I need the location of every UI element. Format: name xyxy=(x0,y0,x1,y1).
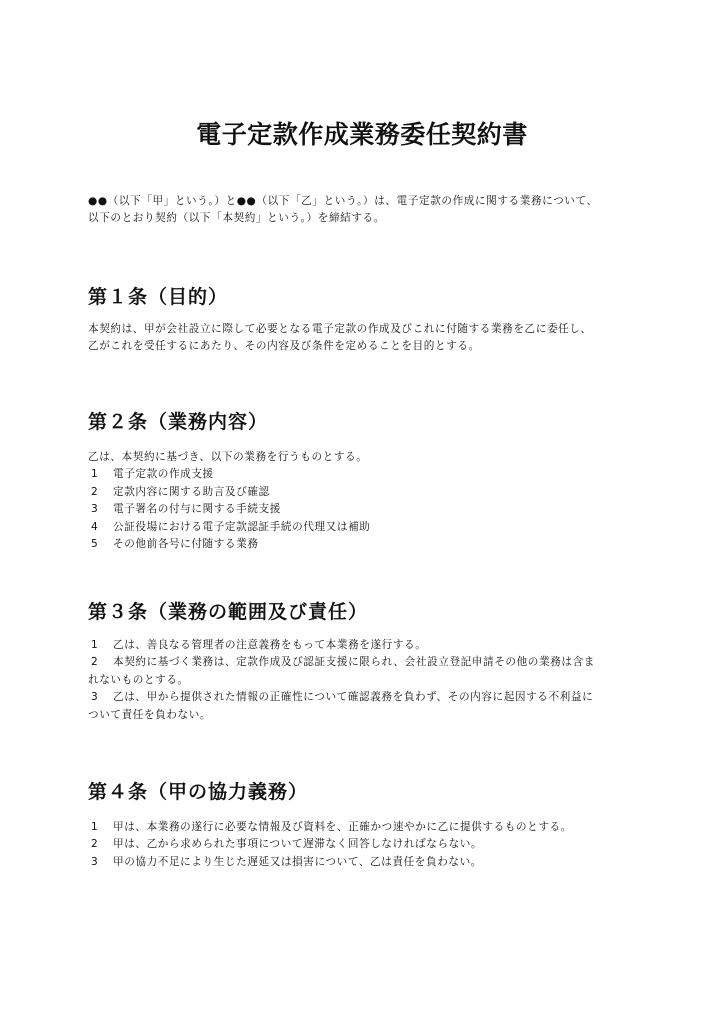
list-item: 2本契約に基づく業務は、定款作成及び認証支援に限られ、会社設立登記申請その他の業… xyxy=(88,654,644,671)
document-title: 電子定款作成業務委任契約書 xyxy=(0,118,724,152)
article-2-body: 乙は、本契約に基づき、以下の業務を行うものとする。 1電子定款の作成支援 2定款… xyxy=(88,449,644,553)
list-item-continuation: ついて責任を負わない。 xyxy=(88,707,644,724)
document-page: 電子定款作成業務委任契約書 ●●（以下「甲」という。）と●●（以下「乙」という。… xyxy=(0,0,724,1024)
line-text: 乙は、本契約に基づき、以下の業務を行うものとする。 xyxy=(88,451,367,463)
article-4-heading: 第４条（甲の協力義務） xyxy=(88,779,308,805)
item-number: 2 xyxy=(88,836,113,853)
list-item: 4公証役場における電子定款認証手続の代理又は補助 xyxy=(88,519,644,536)
item-number: 2 xyxy=(88,484,113,501)
list-item: 5その他前各号に付随する業務 xyxy=(88,536,644,553)
list-item: 1甲は、本業務の遂行に必要な情報及び資料を、正確かつ速やかに乙に提供するものとす… xyxy=(88,819,644,836)
preamble-line: 以下のとおり契約（以下「本契約」という。）を締結する。 xyxy=(88,210,644,227)
article-2-heading: 第２条（業務内容） xyxy=(88,409,268,435)
item-number: 1 xyxy=(88,637,113,654)
item-text: 乙は、善良なる管理者の注意義務をもって本業務を遂行する。 xyxy=(113,639,426,651)
article-4-body: 1甲は、本業務の遂行に必要な情報及び資料を、正確かつ速やかに乙に提供するものとす… xyxy=(88,819,644,871)
item-number: 1 xyxy=(88,466,113,483)
item-number: 3 xyxy=(88,689,113,706)
item-text: れないものとする。 xyxy=(88,674,189,686)
item-text: 電子署名の付与に関する手続支援 xyxy=(113,503,281,515)
item-text: 定款内容に関する助言及び確認 xyxy=(113,486,270,498)
list-item: 3乙は、甲から提供された情報の正確性について確認義務を負わず、その内容に起因する… xyxy=(88,689,644,706)
item-text: 甲の協力不足により生じた遅延又は損害について、乙は責任を負わない。 xyxy=(113,856,482,868)
line-text: 乙がこれを受任するにあたり、その内容及び条件を定めることを目的とする。 xyxy=(88,340,480,352)
item-text: ついて責任を負わない。 xyxy=(88,709,211,721)
article-1-heading: 第１条（目的） xyxy=(88,284,228,310)
item-number: 4 xyxy=(88,519,113,536)
list-item: 2定款内容に関する助言及び確認 xyxy=(88,484,644,501)
article-line: 本契約は、甲が会社設立に際して必要となる電子定款の作成及びこれに付随する業務を乙… xyxy=(88,321,644,338)
item-number: 1 xyxy=(88,819,113,836)
list-item: 2甲は、乙から求められた事項について遅滞なく回答しなければならない。 xyxy=(88,836,644,853)
list-item: 3甲の協力不足により生じた遅延又は損害について、乙は責任を負わない。 xyxy=(88,854,644,871)
article-line: 乙は、本契約に基づき、以下の業務を行うものとする。 xyxy=(88,449,644,466)
item-number: 5 xyxy=(88,536,113,553)
item-text: 甲は、乙から求められた事項について遅滞なく回答しなければならない。 xyxy=(113,838,482,850)
item-text: 本契約に基づく業務は、定款作成及び認証支援に限られ、会社設立登記申請その他の業務… xyxy=(113,656,595,668)
item-text: 公証役場における電子定款認証手続の代理又は補助 xyxy=(113,521,370,533)
article-3-heading: 第３条（業務の範囲及び責任） xyxy=(88,599,368,625)
preamble: ●●（以下「甲」という。）と●●（以下「乙」という。）は、電子定款の作成に関する… xyxy=(88,193,644,228)
list-item: 3電子署名の付与に関する手続支援 xyxy=(88,501,644,518)
article-line: 乙がこれを受任するにあたり、その内容及び条件を定めることを目的とする。 xyxy=(88,338,644,355)
article-1-body: 本契約は、甲が会社設立に際して必要となる電子定款の作成及びこれに付随する業務を乙… xyxy=(88,321,644,356)
item-text: 電子定款の作成支援 xyxy=(113,468,214,480)
item-number: 3 xyxy=(88,854,113,871)
article-3-body: 1乙は、善良なる管理者の注意義務をもって本業務を遂行する。 2本契約に基づく業務… xyxy=(88,637,644,724)
item-number: 3 xyxy=(88,501,113,518)
line-text: 本契約は、甲が会社設立に際して必要となる電子定款の作成及びこれに付随する業務を乙… xyxy=(88,323,592,335)
item-text: 甲は、本業務の遂行に必要な情報及び資料を、正確かつ速やかに乙に提供するものとする… xyxy=(113,821,572,833)
preamble-line: ●●（以下「甲」という。）と●●（以下「乙」という。）は、電子定款の作成に関する… xyxy=(88,193,644,210)
list-item: 1乙は、善良なる管理者の注意義務をもって本業務を遂行する。 xyxy=(88,637,644,654)
list-item-continuation: れないものとする。 xyxy=(88,672,644,689)
item-number: 2 xyxy=(88,654,113,671)
item-text: 乙は、甲から提供された情報の正確性について確認義務を負わず、その内容に起因する不… xyxy=(113,691,593,703)
item-text: その他前各号に付随する業務 xyxy=(113,538,259,550)
list-item: 1電子定款の作成支援 xyxy=(88,466,644,483)
